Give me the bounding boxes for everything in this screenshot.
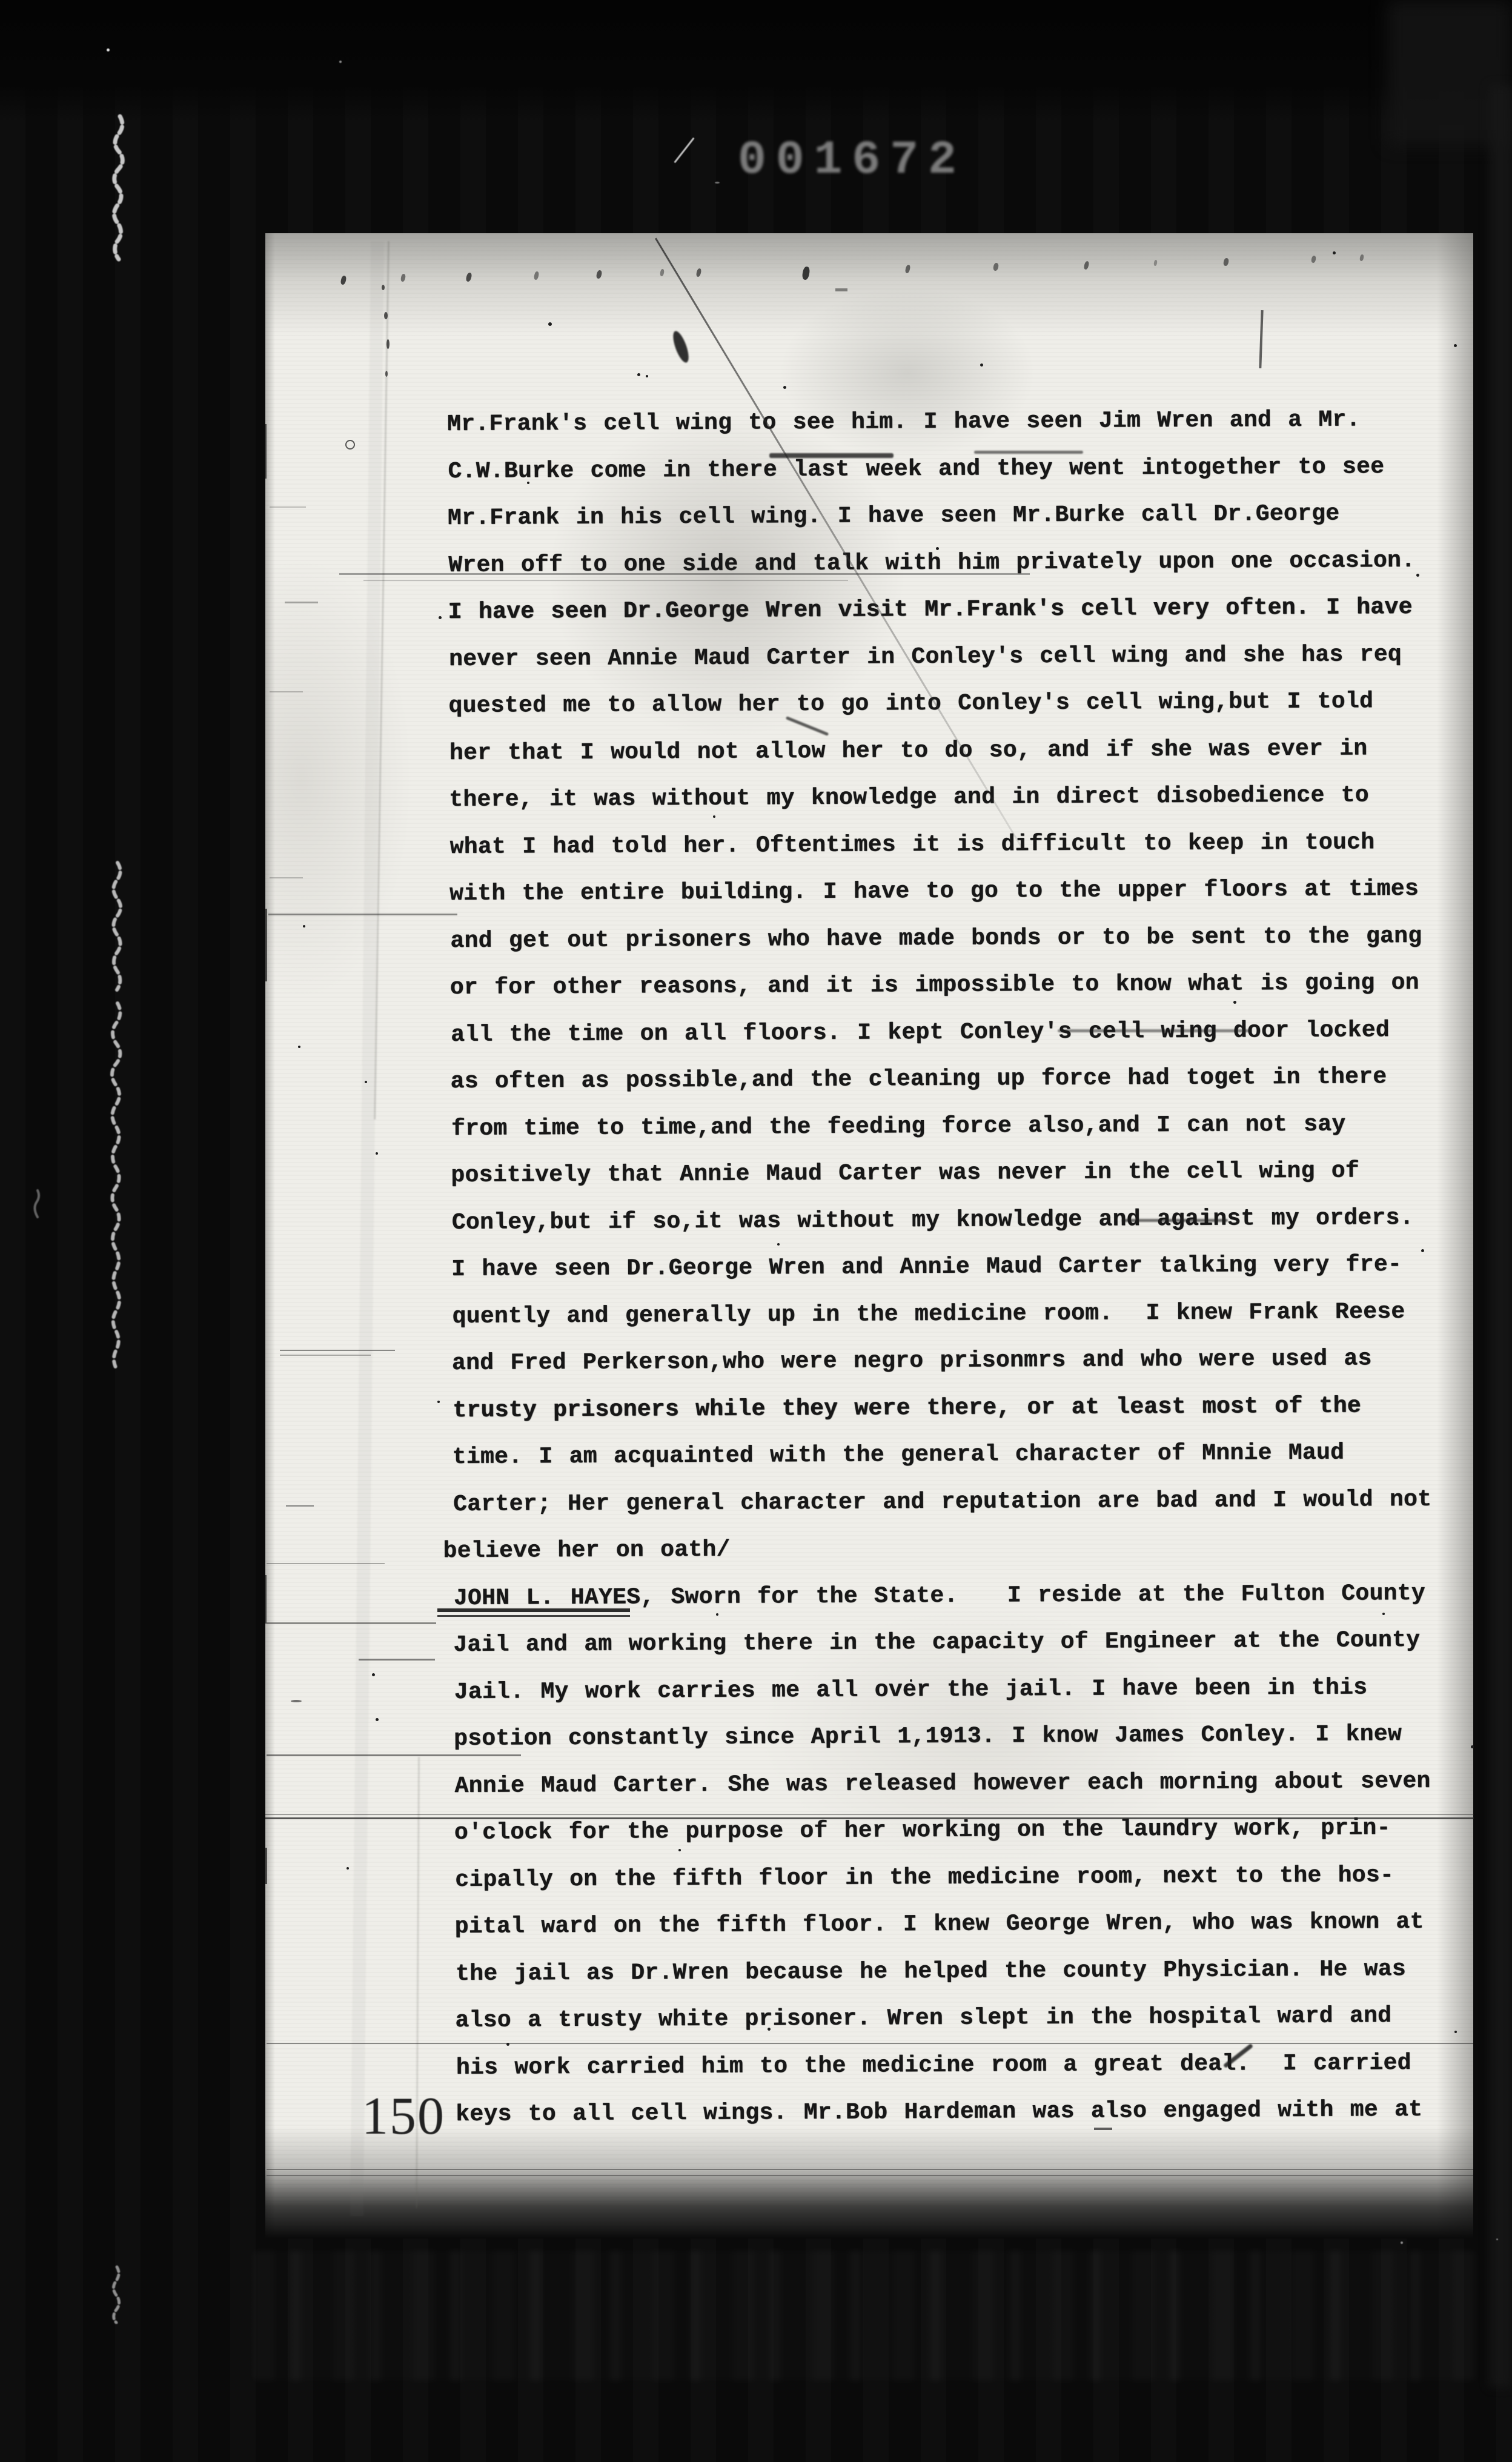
text-line: JOHN L. HAYES, Sworn for the State. I re… bbox=[454, 1570, 1484, 1622]
text-line: I have seen Dr.George Wren visit Mr.Fran… bbox=[448, 583, 1478, 635]
page-number: 150 bbox=[362, 2090, 445, 2143]
text-line: what I had told her. Oftentimes it is di… bbox=[450, 818, 1480, 871]
text-line: quested me to allow her to go into Conle… bbox=[448, 677, 1478, 729]
text-line: never seen Annie Maud Carter in Conley's… bbox=[449, 631, 1479, 683]
text-line: o'clock for the purpose of her working o… bbox=[454, 1804, 1484, 1856]
text-line: Mr.Frank's cell wing to see him. I have … bbox=[447, 396, 1477, 448]
text-line: and get out prisoners who have made bond… bbox=[450, 912, 1480, 964]
text-line: her that I would not allow her to do so,… bbox=[449, 725, 1479, 777]
text-line: Mr.Frank in his cell wing. I have seen M… bbox=[448, 489, 1477, 542]
text-line: Carter; Her general character and reputa… bbox=[453, 1476, 1483, 1528]
scratch-mark bbox=[674, 138, 694, 164]
text-line: also a trusty white prisoner. Wren slept… bbox=[455, 1992, 1485, 2044]
text-line: there, it was without my knowledge and i… bbox=[449, 771, 1479, 823]
text-line: Jail and am working there in the capacit… bbox=[453, 1616, 1483, 1668]
speck bbox=[715, 182, 720, 184]
microfilm-scan: 001672 Mr.Frank's cell wing to see him. … bbox=[0, 0, 1512, 2462]
text-line: believe her on oath/ bbox=[443, 1522, 1482, 1574]
film-scratch bbox=[33, 1189, 42, 1219]
text-line: C.W.Burke come in there last week and th… bbox=[448, 443, 1477, 495]
text-line: pital ward on the fifth floor. I knew Ge… bbox=[455, 1898, 1485, 1950]
text-line: keys to all cell wings. Mr.Bob Hardeman … bbox=[456, 2086, 1485, 2138]
text-line: I have seen Dr.George Wren and Annie Mau… bbox=[451, 1241, 1481, 1293]
text-line: Annie Maud Carter. She was released howe… bbox=[454, 1757, 1484, 1810]
film-frame-stamp: 001672 bbox=[738, 137, 966, 184]
typewritten-text: Mr.Frank's cell wing to see him. I have … bbox=[447, 396, 1485, 2138]
text-line: cipally on the fifth floor in the medici… bbox=[455, 1851, 1485, 1903]
speck bbox=[1401, 2241, 1403, 2244]
text-line: and Fred Perkerson,who were negro prison… bbox=[452, 1335, 1482, 1387]
text-line: from time to time,and the feeding force … bbox=[451, 1100, 1481, 1152]
text-line: Wren off to one side and talk with him p… bbox=[448, 537, 1478, 589]
film-scratch bbox=[104, 1001, 131, 1384]
text-line: quently and generally up in the medicine… bbox=[452, 1288, 1482, 1340]
text-line: as often as possible,and the cleaning up… bbox=[450, 1053, 1480, 1105]
film-scratch bbox=[109, 2265, 125, 2324]
text-line: trusty prisoners while they were there, … bbox=[453, 1382, 1482, 1434]
text-line: the jail as Dr.Wren because he helped th… bbox=[456, 1945, 1485, 1997]
ghost-text-band bbox=[253, 2251, 1478, 2381]
text-line: psotion constantly since April 1,1913. I… bbox=[454, 1710, 1484, 1762]
text-line: or for other reasons, and it is impossib… bbox=[450, 959, 1480, 1011]
document-page: Mr.Frank's cell wing to see him. I have … bbox=[265, 233, 1473, 2238]
film-scratch bbox=[108, 114, 132, 262]
film-right-edge bbox=[1489, 85, 1512, 2387]
text-line: Conley,but if so,it was without my knowl… bbox=[452, 1194, 1482, 1246]
film-scratch bbox=[107, 860, 130, 996]
text-line: all the time on all floors. I kept Conle… bbox=[451, 1006, 1480, 1058]
text-line: Jail. My work carries me all over the ja… bbox=[454, 1664, 1484, 1716]
text-line: positively that Annie Maud Carter was ne… bbox=[451, 1147, 1480, 1199]
text-line: time. I am acquainted with the general c… bbox=[453, 1428, 1482, 1481]
text-line: with the entire building. I have to go t… bbox=[449, 865, 1479, 917]
text-line: his work carried him to the medicine roo… bbox=[456, 2039, 1486, 2091]
film-top-strip bbox=[0, 0, 1512, 121]
